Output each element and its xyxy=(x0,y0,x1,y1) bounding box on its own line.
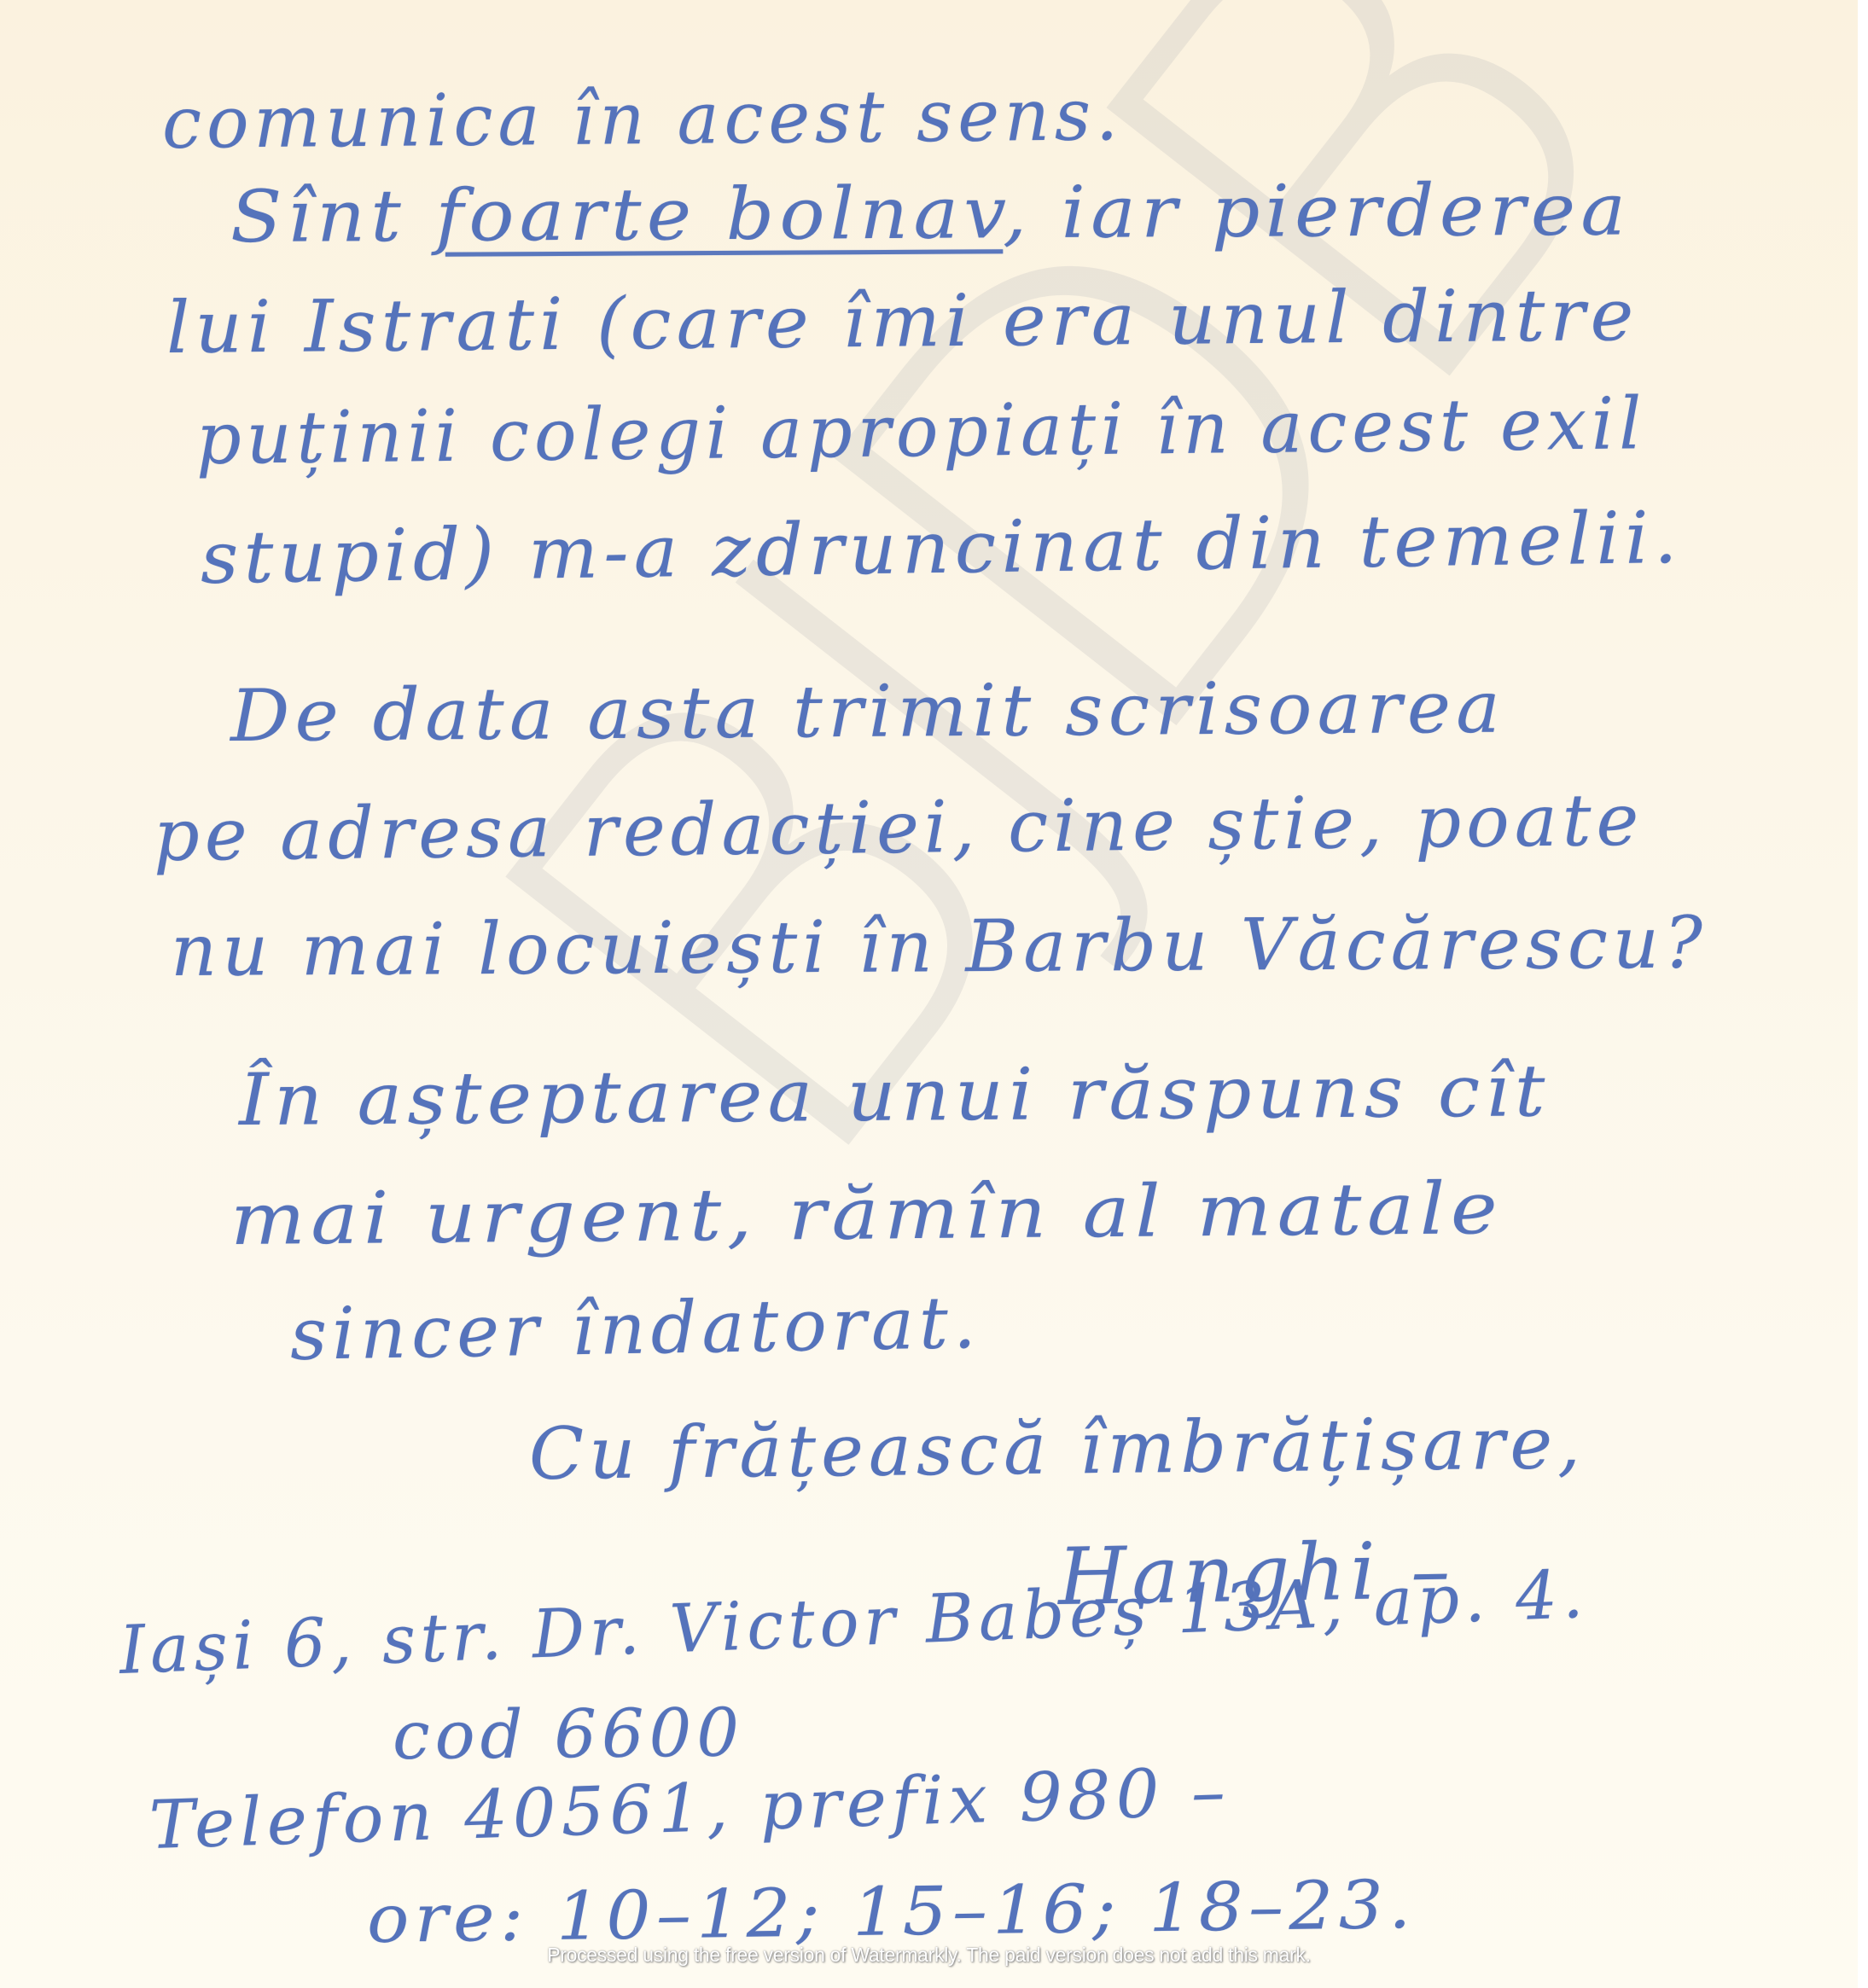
watermarkly-notice: Processed using the free version of Wate… xyxy=(0,1944,1858,1967)
letter-page: BJDB comunica în acest sens. Sînt foarte… xyxy=(0,0,1858,1988)
address-street: Iași 6, str. Dr. Victor Babeș 13A, ap. 4… xyxy=(118,1556,1589,1689)
scan-edge xyxy=(1858,0,1868,1988)
letter-line-2: Sînt foarte bolnav, iar pierderea xyxy=(230,167,1632,259)
letter-line-9: În așteptarea unui răspuns cît xyxy=(239,1049,1551,1142)
letter-line-8: nu mai locuiești în Barbu Văcărescu? xyxy=(171,901,1708,992)
address-phone: Telefon 40561, prefix 980 – xyxy=(148,1753,1232,1864)
line-2-before: Sînt xyxy=(230,174,436,259)
underlined-phrase: foarte bolnav xyxy=(435,171,1003,257)
letter-line-4: puținii colegi apropiați în acest exil xyxy=(195,381,1646,480)
address-postal-code: cod 6600 xyxy=(393,1694,745,1775)
letter-line-3: lui Istrati (care îmi era unul dintre xyxy=(166,273,1639,369)
letter-line-1: comunica în acest sens. xyxy=(162,73,1124,165)
letter-line-10: mai urgent, rămîn al matale xyxy=(230,1166,1504,1261)
letter-line-7: pe adresa redacției, cine știe, poate xyxy=(153,778,1644,877)
line-2-after: , iar pierderea xyxy=(1003,167,1632,254)
closing-salutation: Cu frățească îmbrățișare, xyxy=(528,1401,1586,1496)
letter-line-6: De data asta trimit scrisoarea xyxy=(230,666,1506,758)
letter-line-11: sincer îndatorat. xyxy=(289,1281,981,1376)
